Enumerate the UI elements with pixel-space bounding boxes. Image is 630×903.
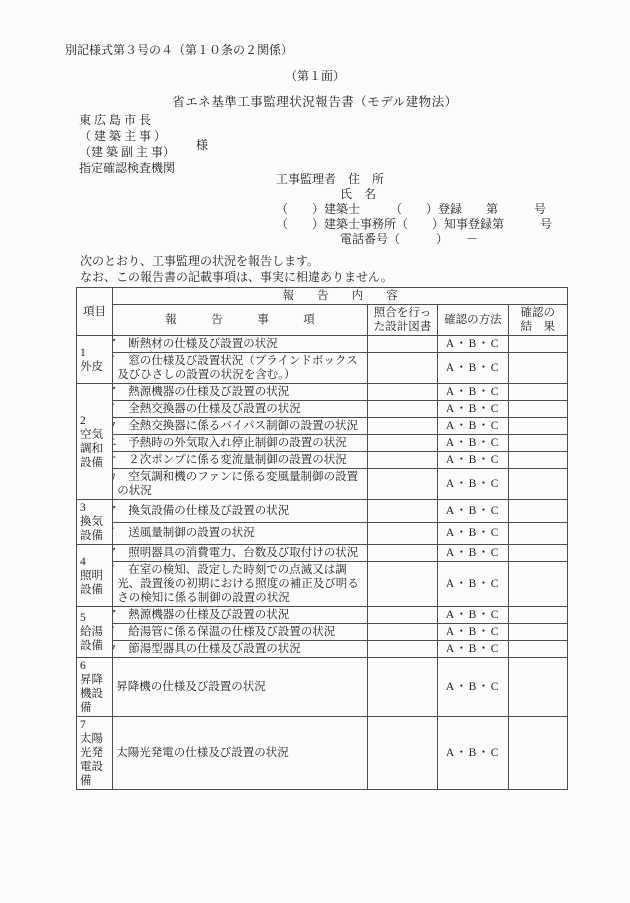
report-item-cell: イ 給湯管に係る保温の仕様及び設置の状況	[113, 624, 368, 641]
method-options-cell: A・B・C	[438, 384, 508, 401]
table-row: イ 給湯管に係る保温の仕様及び設置の状況 A・B・C	[77, 624, 568, 641]
design-doc-cell	[367, 607, 437, 624]
result-cell	[508, 336, 567, 353]
report-item-cell: イ 全熱交換器の仕様及び設置の状況	[113, 401, 368, 418]
report-item-cell: ア 換気設備の仕様及び設置の状況	[113, 500, 368, 523]
supervisor-office-line: （ ）建築士事務所（ ）知事登録第 号	[276, 217, 552, 232]
item-label-ventilation: 3 換気 設備	[77, 500, 113, 545]
result-cell	[508, 435, 567, 452]
col-header-method: 確認の方法	[438, 305, 508, 336]
design-doc-cell	[367, 658, 437, 717]
design-doc-cell	[367, 435, 437, 452]
result-cell	[508, 641, 567, 658]
result-cell	[508, 562, 567, 607]
method-options-cell: A・B・C	[438, 353, 508, 384]
table-row: ウ 全熱交換器に係るバイパス制御の設置の状況 A・B・C	[77, 418, 568, 435]
report-item-cell: オ ２次ポンプに係る変流量制御の設置の状況	[113, 452, 368, 469]
page-face-label: （第１面）	[0, 67, 630, 84]
table-row: イ 送風量制御の設置の状況 A・B・C	[77, 522, 568, 545]
report-item-cell: ア 熱源機器の仕様及び設置の状況	[113, 384, 368, 401]
report-item-cell: ウ 全熱交換器に係るバイパス制御の設置の状況	[113, 418, 368, 435]
report-item-cell: イ 窓の仕様及び設置状況（ブラインドボックス及びひさしの設置の状況を含む。）	[113, 353, 368, 384]
method-options-cell: A・B・C	[438, 658, 508, 717]
table-row: エ 予熱時の外気取入れ停止制御の設置の状況 A・B・C	[77, 435, 568, 452]
honorific-sama: 様	[196, 136, 208, 153]
method-options-cell: A・B・C	[438, 401, 508, 418]
result-cell	[508, 384, 567, 401]
table-row: 3 換気 設備 ア 換気設備の仕様及び設置の状況 A・B・C	[77, 500, 568, 523]
method-options-cell: A・B・C	[438, 607, 508, 624]
result-cell	[508, 418, 567, 435]
method-options-cell: A・B・C	[438, 522, 508, 545]
table-row: イ 窓の仕様及び設置状況（ブラインドボックス及びひさしの設置の状況を含む。） A…	[77, 353, 568, 384]
supervisor-phone-line: 電話番号（ ） －	[276, 232, 552, 247]
report-item-cell: 太陽光発電の仕様及び設置の状況	[113, 717, 368, 790]
method-options-cell: A・B・C	[438, 469, 508, 500]
recipient-deputy-chief-line: （建 築 副 主 事）	[79, 144, 175, 160]
design-doc-cell	[367, 717, 437, 790]
method-options-cell: A・B・C	[438, 452, 508, 469]
method-options-cell: A・B・C	[438, 418, 508, 435]
result-cell	[508, 500, 567, 523]
report-item-cell: 昇降機の仕様及び設置の状況	[113, 658, 368, 717]
supervisor-block: 工事監理者 住 所 氏 名 （ ）建築士 （ ）登録 第 号 （ ）建築士事務所…	[276, 172, 552, 247]
recipient-chief-line: （ 建 築 主 事 ）	[79, 128, 175, 144]
col-header-report-item: 報 告 事 項	[113, 305, 368, 336]
result-cell	[508, 452, 567, 469]
design-doc-cell	[367, 353, 437, 384]
form-number: 別記様式第３号の４（第１０条の２関係）	[65, 41, 293, 58]
report-item-cell: イ 送風量制御の設置の状況	[113, 522, 368, 545]
design-doc-cell	[367, 401, 437, 418]
result-cell	[508, 469, 567, 500]
table-row: ウ 節湯型器具の仕様及び設置の状況 A・B・C	[77, 641, 568, 658]
supervisor-name-line: 氏 名	[276, 187, 552, 202]
design-doc-cell	[367, 545, 437, 562]
design-doc-cell	[367, 562, 437, 607]
item-label-envelope: 1 外皮	[77, 336, 113, 384]
result-cell	[508, 401, 567, 418]
method-options-cell: A・B・C	[438, 435, 508, 452]
table-row: 6 昇降 機設 備 昇降機の仕様及び設置の状況 A・B・C	[77, 658, 568, 717]
result-cell	[508, 607, 567, 624]
table-row: オ ２次ポンプに係る変流量制御の設置の状況 A・B・C	[77, 452, 568, 469]
table-row: 5 給湯 設備 ア 熱源機器の仕様及び設置の状況 A・B・C	[77, 607, 568, 624]
table-row: 2 空気 調和 設備 ア 熱源機器の仕様及び設置の状況 A・B・C	[77, 384, 568, 401]
col-header-item: 項目	[77, 288, 113, 336]
report-table: 項目 報 告 内 容 報 告 事 項 照合を行った設計図書 確認の方法 確認の …	[76, 287, 568, 790]
recipient-mayor-line: 東 広 島 市 長	[79, 112, 175, 128]
method-options-cell: A・B・C	[438, 717, 508, 790]
item-label-hvac: 2 空気 調和 設備	[77, 384, 113, 500]
item-label-solar: 7 太陽 光発 電設 備	[77, 717, 113, 790]
method-options-cell: A・B・C	[438, 562, 508, 607]
method-options-cell: A・B・C	[438, 641, 508, 658]
table-row: 7 太陽 光発 電設 備 太陽光発電の仕様及び設置の状況 A・B・C	[77, 717, 568, 790]
design-doc-cell	[367, 641, 437, 658]
table-row: イ 在室の検知、設定した時刻での点滅又は調光、設置後の初期における照度の補正及び…	[77, 562, 568, 607]
design-doc-cell	[367, 500, 437, 523]
document-page: 別記様式第３号の４（第１０条の２関係） （第１面） 省エネ基準工事監理状況報告書…	[0, 0, 630, 903]
method-options-cell: A・B・C	[438, 500, 508, 523]
table-row: 4 照明 設備 ア 照明器具の消費電力、台数及び取付けの状況 A・B・C	[77, 545, 568, 562]
method-options-cell: A・B・C	[438, 545, 508, 562]
report-item-cell: カ 空気調和機のファンに係る変風量制御の設置の状況	[113, 469, 368, 500]
method-options-cell: A・B・C	[438, 624, 508, 641]
design-doc-cell	[367, 336, 437, 353]
design-doc-cell	[367, 384, 437, 401]
result-cell	[508, 717, 567, 790]
table-row: 1 外皮 ア 断熱材の仕様及び設置の状況 A・B・C	[77, 336, 568, 353]
table-row: イ 全熱交換器の仕様及び設置の状況 A・B・C	[77, 401, 568, 418]
page-title: 省エネ基準工事監理状況報告書（モデル建物法）	[0, 92, 630, 110]
col-header-report-content: 報 告 内 容	[113, 288, 568, 305]
result-cell	[508, 624, 567, 641]
design-doc-cell	[367, 522, 437, 545]
item-label-hot-water: 5 給湯 設備	[77, 607, 113, 658]
result-cell	[508, 658, 567, 717]
result-cell	[508, 545, 567, 562]
design-doc-cell	[367, 418, 437, 435]
design-doc-cell	[367, 624, 437, 641]
result-cell	[508, 353, 567, 384]
supervisor-license-line: （ ）建築士 （ ）登録 第 号	[276, 202, 552, 217]
report-item-cell: ア 断熱材の仕様及び設置の状況	[113, 336, 368, 353]
report-item-cell: ア 熱源機器の仕様及び設置の状況	[113, 607, 368, 624]
col-header-design-docs: 照合を行った設計図書	[367, 305, 437, 336]
item-label-lighting: 4 照明 設備	[77, 545, 113, 607]
statement-line-1: 次のとおり、工事監理の状況を報告します。	[80, 254, 393, 270]
report-item-cell: ウ 節湯型器具の仕様及び設置の状況	[113, 641, 368, 658]
design-doc-cell	[367, 469, 437, 500]
report-item-cell: エ 予熱時の外気取入れ停止制御の設置の状況	[113, 435, 368, 452]
col-header-result: 確認の 結 果	[508, 305, 567, 336]
table-row: カ 空気調和機のファンに係る変風量制御の設置の状況 A・B・C	[77, 469, 568, 500]
report-item-cell: イ 在室の検知、設定した時刻での点滅又は調光、設置後の初期における照度の補正及び…	[113, 562, 368, 607]
result-cell	[508, 522, 567, 545]
supervisor-address-line: 工事監理者 住 所	[276, 172, 552, 187]
statement-line-2: なお、この報告書の記載事項は、事実に相違ありません。	[80, 270, 393, 286]
method-options-cell: A・B・C	[438, 336, 508, 353]
recipient-inspection-body-line: 指定確認検査機関	[79, 160, 175, 176]
item-label-elevator: 6 昇降 機設 備	[77, 658, 113, 717]
recipient-block: 東 広 島 市 長 （ 建 築 主 事 ） （建 築 副 主 事） 指定確認検査…	[79, 112, 175, 176]
design-doc-cell	[367, 452, 437, 469]
statement-block: 次のとおり、工事監理の状況を報告します。 なお、この報告書の記載事項は、事実に相…	[80, 254, 393, 285]
report-item-cell: ア 照明器具の消費電力、台数及び取付けの状況	[113, 545, 368, 562]
